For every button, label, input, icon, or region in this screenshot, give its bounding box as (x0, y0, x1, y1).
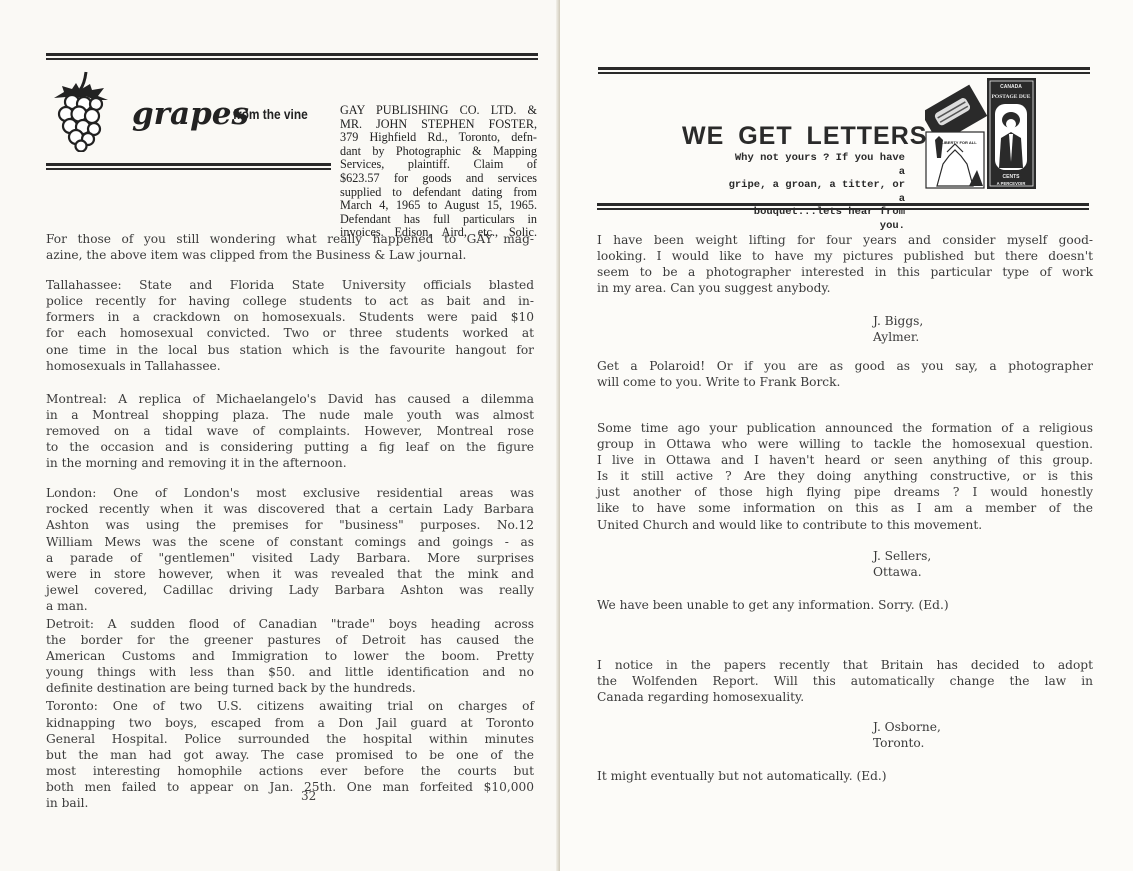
text-line: most interesting homophile actions ever … (46, 763, 534, 779)
text-line: London: One of London's most exclusive r… (46, 485, 534, 501)
letters-title: WE GET LETTERS (682, 122, 927, 151)
page-number: 32 (301, 789, 316, 803)
text-line: American Customs and Immigration to lowe… (46, 648, 534, 664)
news-item-tallahassee: Tallahassee: State and Florida State Uni… (46, 277, 534, 374)
text-line: group in Ottawa who were willing to tack… (597, 436, 1093, 452)
text-line: For those of you still wondering what re… (46, 231, 534, 247)
text-line: for each homosexual convicted. Two or th… (46, 325, 534, 341)
editor-reply: We have been unable to get any informati… (597, 597, 1093, 613)
text-line: Get a Polaroid! Or if you are as good as… (597, 358, 1093, 374)
letters-top-rule (598, 67, 1090, 74)
text-line: a parade of "gentlemen" visited Lady Bar… (46, 550, 534, 566)
text-line: in bail. (46, 795, 534, 811)
clipping-line: Defendant has full particulars in (340, 213, 537, 227)
text-line: Canada regarding homosexuality. (597, 689, 1093, 705)
letter-signature: J. Osborne,Toronto. (873, 719, 941, 751)
postage-stamps-icon: LIBERTY FOR ALL CANADA POSTAGE DUE CENTS… (925, 78, 1037, 190)
text-line: Montreal: A replica of Michaelangelo's D… (46, 391, 534, 407)
signature-city: Ottawa. (873, 564, 931, 580)
svg-text:LIBERTY FOR ALL: LIBERTY FOR ALL (941, 140, 977, 145)
subtitle-line: Why not yours ? If you have a (727, 152, 905, 179)
letters-subtitle: Why not yours ? If you have agripe, a gr… (727, 152, 905, 233)
letter-signature: J. Sellers,Ottawa. (873, 548, 931, 580)
text-line: Some time ago your publication announced… (597, 420, 1093, 436)
clipping-line: dant by Photographic & Mapping (340, 145, 537, 159)
news-item-detroit: Detroit: A sudden flood of Canadian "tra… (46, 616, 534, 696)
signature-name: J. Biggs, (873, 313, 923, 329)
news-item-toronto: Toronto: One of two U.S. citizens awaiti… (46, 698, 534, 811)
text-line: to the occasion and is considering putti… (46, 439, 534, 455)
signature-city: Aylmer. (873, 329, 923, 345)
text-line: azine, the above item was clipped from t… (46, 247, 534, 263)
text-line: Is it still active ? Are they doing anyt… (597, 468, 1093, 484)
text-line: a man. (46, 598, 534, 614)
text-line: jewel covered, Cadillac driving Lady Bar… (46, 582, 534, 598)
text-line: I live in Ottawa and I haven't heard or … (597, 452, 1093, 468)
text-line: the Wolfenden Report. Will this automati… (597, 673, 1093, 689)
signature-name: J. Osborne, (873, 719, 941, 735)
text-line: like to have some information on this as… (597, 500, 1093, 516)
signature-name: J. Sellers, (873, 548, 931, 564)
text-line: We have been unable to get any informati… (597, 597, 1093, 613)
text-line: in a Montreal shopping plaza. The nude m… (46, 407, 534, 423)
text-line: homosexuals in Tallahassee. (46, 358, 534, 374)
header-bottom-rule (46, 163, 331, 170)
clipping-line: GAY PUBLISHING CO. LTD. & (340, 104, 537, 118)
text-line: Ashton was using the premises for "busin… (46, 517, 534, 533)
signature-city: Toronto. (873, 735, 941, 751)
letter-body: Some time ago your publication announced… (597, 420, 1093, 533)
svg-text:CANADA: CANADA (1000, 84, 1022, 90)
left-page: grapes from the vine GAY PUBLISHING CO. … (0, 0, 560, 871)
text-line: looking. I would like to have my picture… (597, 248, 1093, 264)
text-line: but the man had got away. The case promi… (46, 747, 534, 763)
news-column: For those of you still wondering what re… (46, 231, 534, 811)
text-line: in the morning and removing it in the af… (46, 455, 534, 471)
clipping-line: supplied to defendant dating from (340, 186, 537, 200)
text-line: Detroit: A sudden flood of Canadian "tra… (46, 616, 534, 632)
subtitle-line: bouquet...lets hear from you. (727, 206, 905, 233)
text-line: police recently for having college stude… (46, 293, 534, 309)
subtitle-line: gripe, a groan, a titter, or a (727, 179, 905, 206)
column-subtitle: from the vine (233, 106, 308, 122)
text-line: formers in a crackdown on homosexuals. S… (46, 309, 534, 325)
text-line: rocked recently when it was discovered t… (46, 501, 534, 517)
text-line: were in store however, when it was revea… (46, 566, 534, 582)
clipping-line: March 4, 1965 to August 15, 1965. (340, 199, 537, 213)
header-top-rule (46, 53, 538, 60)
text-line: in my area. Can you suggest anybody. (597, 280, 1093, 296)
text-line: young things with less than $50. and lit… (46, 664, 534, 680)
news-item-london: London: One of London's most exclusive r… (46, 485, 534, 614)
text-line: just another of those high flying pipe d… (597, 484, 1093, 500)
letter-signature: J. Biggs,Aylmer. (873, 313, 923, 345)
text-line: removed on a tidal wave of complaints. H… (46, 423, 534, 439)
text-line: I have been weight lifting for four year… (597, 232, 1093, 248)
text-line: I notice in the papers recently that Bri… (597, 657, 1093, 673)
column-title: grapes (132, 96, 249, 132)
clipping-line: MR. JOHN STEPHEN FOSTER, (340, 118, 537, 132)
news-item-intro: For those of you still wondering what re… (46, 231, 534, 263)
letter-body: I have been weight lifting for four year… (597, 232, 1093, 296)
svg-text:A PERCEVOIR: A PERCEVOIR (997, 181, 1026, 186)
text-line: It might eventually but not automaticall… (597, 768, 1093, 784)
text-line: the border for the greener pastures of D… (46, 632, 534, 648)
clipping-line: Services, plaintiff. Claim of (340, 158, 537, 172)
text-line: General Hospital. Police surrounded the … (46, 731, 534, 747)
clipping-line: $623.57 for goods and services (340, 172, 537, 186)
clipping-line: 379 Highfield Rd., Toronto, defn- (340, 131, 537, 145)
svg-text:POSTAGE DUE: POSTAGE DUE (992, 94, 1031, 100)
text-line: will come to you. Write to Frank Borck. (597, 374, 1093, 390)
text-line: Tallahassee: State and Florida State Uni… (46, 277, 534, 293)
legal-clipping: GAY PUBLISHING CO. LTD. &MR. JOHN STEPHE… (340, 104, 537, 240)
text-line: both men failed to appear on Jan. 25th. … (46, 779, 534, 795)
text-line: Toronto: One of two U.S. citizens awaiti… (46, 698, 534, 714)
svg-text:CENTS: CENTS (1003, 174, 1021, 180)
text-line: William Mews was the scene of constant c… (46, 534, 534, 550)
text-line: one time in the local bus station which … (46, 342, 534, 358)
grapes-icon (46, 70, 118, 152)
text-line: kidnapping two boys, escaped from a Don … (46, 715, 534, 731)
editor-reply: Get a Polaroid! Or if you are as good as… (597, 358, 1093, 390)
letters-bottom-rule (597, 203, 1089, 210)
text-line: seem to be a photographer interested in … (597, 264, 1093, 280)
news-item-montreal: Montreal: A replica of Michaelangelo's D… (46, 391, 534, 471)
letter-body: I notice in the papers recently that Bri… (597, 657, 1093, 705)
editor-reply: It might eventually but not automaticall… (597, 768, 1093, 784)
text-line: United Church and would like to contribu… (597, 517, 1093, 533)
text-line: definite destination are being turned ba… (46, 680, 534, 696)
